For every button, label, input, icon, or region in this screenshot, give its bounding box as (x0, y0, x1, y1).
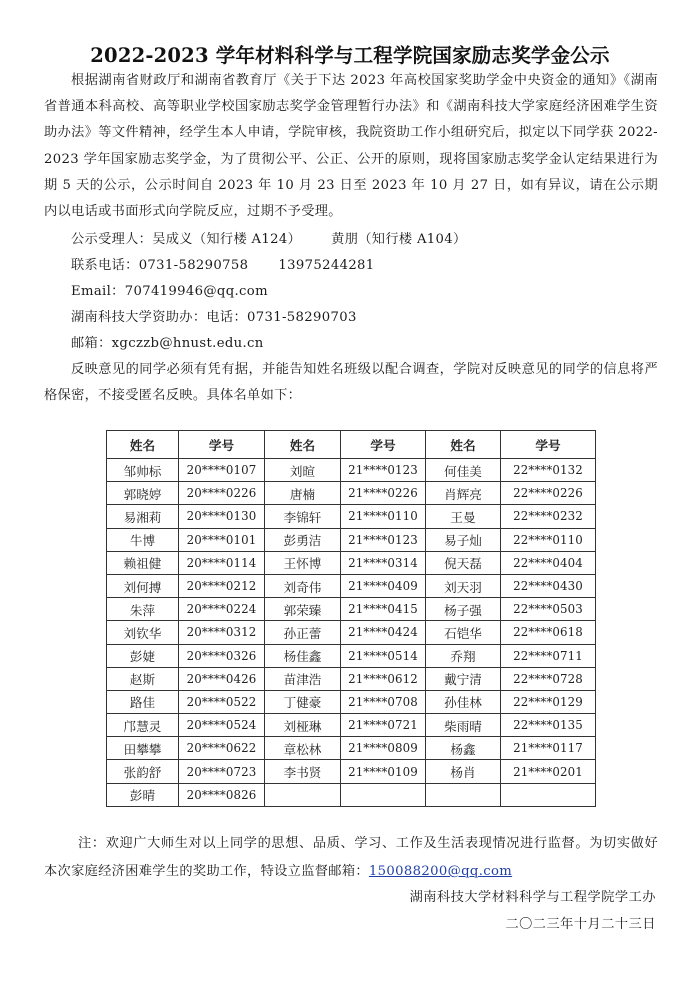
phone-1: 0731-58290758 (139, 258, 249, 273)
table-row: 邝慧灵20****0524刘桠琳21****0721柴雨晴22****0135 (107, 714, 596, 737)
signature-office: 湖南科技大学材料科学与工程学院学工办 (410, 886, 656, 905)
student-name-cell: 易子灿 (426, 528, 501, 551)
student-name-cell (265, 783, 341, 806)
mailbox-label: 邮箱： (71, 336, 112, 351)
student-id-cell: 21****0415 (341, 598, 426, 621)
student-name-cell: 苗津浩 (265, 667, 341, 690)
phone-line: 联系电话：0731-5829075813975244281 (71, 256, 375, 276)
student-id-cell: 20****0212 (179, 574, 265, 597)
student-name-cell: 王怀博 (265, 551, 341, 574)
student-name-cell: 刘桠琳 (265, 714, 341, 737)
table-row: 张韵舒20****0723李书贤21****0109杨肖21****0201 (107, 760, 596, 783)
student-id-cell: 20****0114 (179, 551, 265, 574)
student-name-cell: 杨佳鑫 (265, 644, 341, 667)
student-id-cell: 21****0123 (341, 528, 426, 551)
student-id-cell: 22****0232 (501, 505, 596, 528)
student-name-cell: 田攀攀 (107, 737, 179, 760)
student-name-cell: 李锦轩 (265, 505, 341, 528)
student-name-cell: 倪天磊 (426, 551, 501, 574)
student-id-cell: 22****0728 (501, 667, 596, 690)
aid-office-phone: 0731-58290703 (247, 310, 357, 325)
table-row: 田攀攀20****0622章松林21****0809杨鑫21****0117 (107, 737, 596, 760)
student-id-cell: 22****0132 (501, 459, 596, 482)
awardee-table: 姓名 学号 姓名 学号 姓名 学号 邹帅标20****0107刘暄21****0… (106, 430, 596, 807)
header-student-id: 学号 (501, 431, 596, 459)
student-id-cell: 20****0130 (179, 505, 265, 528)
student-name-cell: 唐楠 (265, 482, 341, 505)
acceptor-2: 黄朋（知行楼 A104） (331, 232, 466, 247)
student-id-cell: 20****0426 (179, 667, 265, 690)
student-name-cell: 邹帅标 (107, 459, 179, 482)
student-id-cell: 20****0524 (179, 714, 265, 737)
student-name-cell: 章松林 (265, 737, 341, 760)
student-id-cell: 22****0110 (501, 528, 596, 551)
student-name-cell: 杨鑫 (426, 737, 501, 760)
note-text: 注：欢迎广大师生对以上同学的思想、品质、学习、工作及生活表现情况进行监督。为切实… (44, 836, 658, 879)
student-name-cell: 赖祖健 (107, 551, 179, 574)
table-row: 彭婕20****0326杨佳鑫21****0514乔翔22****0711 (107, 644, 596, 667)
table-row: 路佳20****0522丁健豪21****0708孙佳林22****0129 (107, 690, 596, 713)
student-id-cell: 22****0503 (501, 598, 596, 621)
email-label: Email： (71, 284, 125, 299)
student-id-cell: 21****0226 (341, 482, 426, 505)
table-row: 郭晓婷20****0226唐楠21****0226肖辉亮22****0226 (107, 482, 596, 505)
student-id-cell (341, 783, 426, 806)
acceptor-line: 公示受理人：吴成义（知行楼 A124）黄朋（知行楼 A104） (71, 230, 467, 250)
student-id-cell: 21****0721 (341, 714, 426, 737)
student-name-cell (426, 783, 501, 806)
student-id-cell: 21****0514 (341, 644, 426, 667)
mailbox-line: 邮箱：xgczzb@hnust.edu.cn (71, 334, 264, 354)
aid-office-line: 湖南科技大学资助办：电话：0731-58290703 (71, 308, 357, 328)
header-name: 姓名 (107, 431, 179, 459)
student-name-cell: 肖辉亮 (426, 482, 501, 505)
student-name-cell: 彭勇洁 (265, 528, 341, 551)
student-name-cell: 王曼 (426, 505, 501, 528)
student-id-cell: 22****0129 (501, 690, 596, 713)
student-name-cell: 李书贤 (265, 760, 341, 783)
student-id-cell: 22****0226 (501, 482, 596, 505)
student-id-cell: 21****0109 (341, 760, 426, 783)
student-id-cell: 21****0201 (501, 760, 596, 783)
table-row: 彭晴20****0826 (107, 783, 596, 806)
student-id-cell: 21****0314 (341, 551, 426, 574)
table-row: 刘钦华20****0312孙正蕾21****0424石铠华22****0618 (107, 621, 596, 644)
student-id-cell: 20****0226 (179, 482, 265, 505)
student-id-cell: 20****0224 (179, 598, 265, 621)
student-id-cell: 20****0326 (179, 644, 265, 667)
table-row: 刘何搏20****0212刘奇伟21****0409刘天羽22****0430 (107, 574, 596, 597)
table-row: 赖祖健20****0114王怀博21****0314倪天磊22****0404 (107, 551, 596, 574)
student-name-cell: 易湘莉 (107, 505, 179, 528)
student-id-cell (501, 783, 596, 806)
student-name-cell: 刘钦华 (107, 621, 179, 644)
student-id-cell: 22****0618 (501, 621, 596, 644)
student-id-cell: 21****0110 (341, 505, 426, 528)
student-name-cell: 刘天羽 (426, 574, 501, 597)
student-name-cell: 邝慧灵 (107, 714, 179, 737)
student-id-cell: 21****0117 (501, 737, 596, 760)
student-name-cell: 刘奇伟 (265, 574, 341, 597)
student-name-cell: 郭荣臻 (265, 598, 341, 621)
student-id-cell: 20****0723 (179, 760, 265, 783)
header-name: 姓名 (426, 431, 501, 459)
acceptor-1: 吴成义（知行楼 A124） (152, 232, 301, 247)
student-id-cell: 20****0101 (179, 528, 265, 551)
student-id-cell: 21****0123 (341, 459, 426, 482)
student-id-cell: 22****0711 (501, 644, 596, 667)
student-id-cell: 20****0826 (179, 783, 265, 806)
student-name-cell: 杨子强 (426, 598, 501, 621)
student-name-cell: 何佳美 (426, 459, 501, 482)
student-id-cell: 20****0622 (179, 737, 265, 760)
table-row: 邹帅标20****0107刘暄21****0123何佳美22****0132 (107, 459, 596, 482)
student-name-cell: 丁健豪 (265, 690, 341, 713)
student-name-cell: 赵斯 (107, 667, 179, 690)
student-name-cell: 路佳 (107, 690, 179, 713)
phone-label: 联系电话： (71, 258, 139, 273)
header-name: 姓名 (265, 431, 341, 459)
student-name-cell: 柴雨晴 (426, 714, 501, 737)
student-name-cell: 戴宁清 (426, 667, 501, 690)
signature-date: 二〇二三年十月二十三日 (505, 913, 656, 932)
student-id-cell: 20****0312 (179, 621, 265, 644)
email-value: 707419946@qq.com (125, 284, 268, 299)
student-name-cell: 石铠华 (426, 621, 501, 644)
aid-office-label: 湖南科技大学资助办：电话： (71, 310, 247, 325)
table-header-row: 姓名 学号 姓名 学号 姓名 学号 (107, 431, 596, 459)
note-paragraph: 注：欢迎广大师生对以上同学的思想、品质、学习、工作及生活表现情况进行监督。为切实… (44, 830, 658, 886)
table-row: 牛博20****0101彭勇洁21****0123易子灿22****0110 (107, 528, 596, 551)
student-id-cell: 21****0809 (341, 737, 426, 760)
student-name-cell: 牛博 (107, 528, 179, 551)
student-id-cell: 20****0522 (179, 690, 265, 713)
student-name-cell: 乔翔 (426, 644, 501, 667)
student-id-cell: 21****0409 (341, 574, 426, 597)
page-title: 2022-2023 学年材料科学与工程学院国家励志奖学金公示 (0, 40, 700, 68)
student-id-cell: 22****0430 (501, 574, 596, 597)
student-name-cell: 孙佳林 (426, 690, 501, 713)
student-name-cell: 张韵舒 (107, 760, 179, 783)
student-name-cell: 彭婕 (107, 644, 179, 667)
student-name-cell: 孙正蕾 (265, 621, 341, 644)
student-name-cell: 刘暄 (265, 459, 341, 482)
student-name-cell: 杨肖 (426, 760, 501, 783)
table-row: 易湘莉20****0130李锦轩21****0110王曼22****0232 (107, 505, 596, 528)
table-row: 朱萍20****0224郭荣臻21****0415杨子强22****0503 (107, 598, 596, 621)
student-name-cell: 郭晓婷 (107, 482, 179, 505)
header-student-id: 学号 (341, 431, 426, 459)
email-line: Email：707419946@qq.com (71, 282, 268, 302)
supervision-email-link[interactable]: 150088200@qq.com (369, 864, 512, 879)
student-name-cell: 朱萍 (107, 598, 179, 621)
student-id-cell: 21****0424 (341, 621, 426, 644)
student-id-cell: 20****0107 (179, 459, 265, 482)
acceptor-label: 公示受理人： (71, 232, 152, 247)
student-id-cell: 22****0135 (501, 714, 596, 737)
student-id-cell: 22****0404 (501, 551, 596, 574)
student-name-cell: 彭晴 (107, 783, 179, 806)
student-id-cell: 21****0708 (341, 690, 426, 713)
student-id-cell: 21****0612 (341, 667, 426, 690)
header-student-id: 学号 (179, 431, 265, 459)
table-row: 赵斯20****0426苗津浩21****0612戴宁清22****0728 (107, 667, 596, 690)
intro-paragraph: 根据湖南省财政厅和湖南省教育厅《关于下达 2023 年高校国家奖助学金中央资金的… (44, 68, 658, 225)
phone-2: 13975244281 (278, 258, 374, 273)
student-name-cell: 刘何搏 (107, 574, 179, 597)
feedback-paragraph: 反映意见的同学必须有凭有据，并能告知姓名班级以配合调查，学院对反映意见的同学的信… (44, 357, 658, 409)
mailbox-value: xgczzb@hnust.edu.cn (112, 336, 264, 351)
